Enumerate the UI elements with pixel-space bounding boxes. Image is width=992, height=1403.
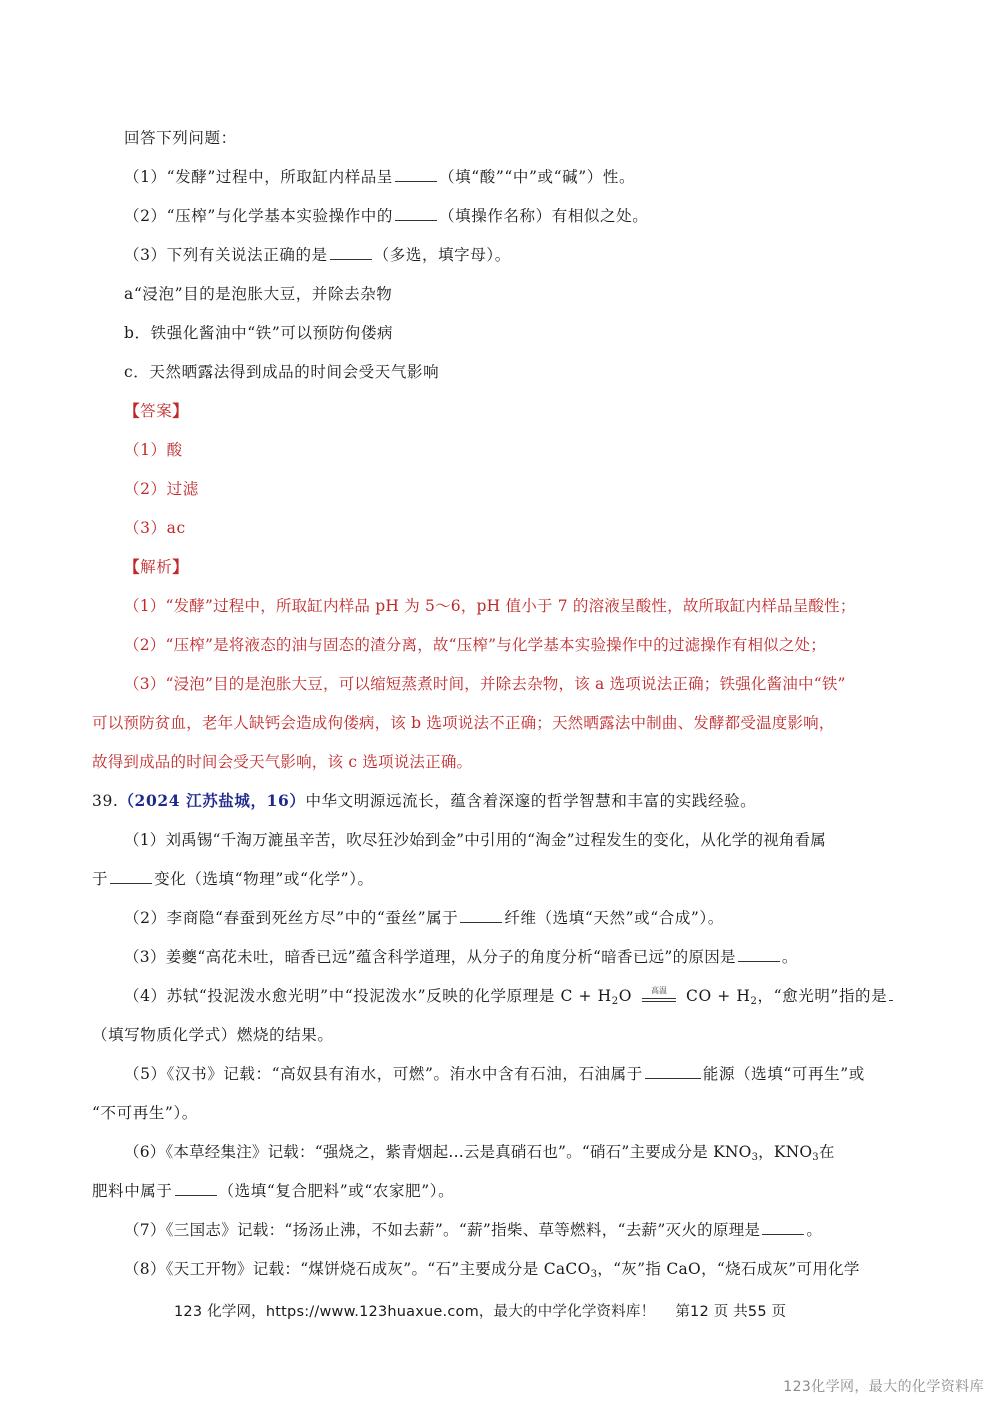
q39-6-line2-post: （选填“复合肥料”或“农家肥”）。 (219, 1182, 455, 1200)
footer-site: 123 化学网，https://www.123huaxue.com，最大的中学化… (174, 1304, 655, 1320)
answer-blank (889, 986, 893, 1001)
sub-question-2: （2）“压榨”与化学基本实验操作中的（填操作名称）有相似之处。 (124, 206, 648, 226)
answer-heading: 【答案】 (124, 401, 188, 421)
analysis-heading: 【解析】 (124, 557, 188, 577)
q39-2-post: 纤维（选填“天然”或“合成”）。 (504, 909, 724, 927)
q39-7: （7）《三国志》记载：“扬汤止沸，不如去薪”。“薪”指柴、草等燃料，“去薪”灭火… (124, 1220, 822, 1240)
analysis-1: （1）“发酵”过程中，所取缸内样品 pH 为 5～6，pH 值小于 7 的溶液呈… (124, 596, 856, 616)
subscript: 2 (612, 996, 619, 1007)
q39-4-line1: （4）苏轼“投泥泼水愈光明”中“投泥泼水”反映的化学原理是 C + H2O高温C… (124, 986, 895, 1007)
q39-2-pre: （2）李商隐“春蚕到死丝方尽”中的“蚕丝”属于 (124, 909, 458, 927)
analysis-3c: 故得到成品的时间会受天气影响，该 c 选项说法正确。 (92, 752, 472, 772)
answer-blank (395, 206, 437, 221)
subscript: 2 (751, 996, 758, 1007)
q39-6-mid: ，KNO (758, 1143, 812, 1161)
q39-5-post: 能源（选填“可再生”或 (703, 1065, 865, 1083)
reactants-tail: O (619, 987, 632, 1005)
q39-7-post: 。 (806, 1221, 822, 1239)
q39-5-pre: （5）《汉书》记载：“高奴县有洧水，可燃”。洧水中含有石油，石油属于 (124, 1065, 643, 1083)
q39-8-post: ，“灰”指 CaO，“烧石成灰”可用化学 (597, 1260, 859, 1278)
question-number: 39. (92, 792, 118, 810)
reactants: C + H (561, 987, 612, 1005)
q39-1-line2: 于变化（选填“物理”或“化学”）。 (92, 869, 374, 889)
answer-blank (330, 245, 372, 260)
answer-blank (395, 167, 437, 182)
sub-question-2-post: （填操作名称）有相似之处。 (439, 207, 648, 225)
sub-question-1-post: （填“酸”“中”或“碱”）性。 (439, 168, 635, 186)
q39-8-pre: （8）《天工开物》记载：“煤饼烧石成灰”。“石”主要成分是 CaCO (124, 1260, 591, 1278)
prompt-text: 回答下列问题： (124, 128, 237, 148)
answer-2: （2）过滤 (124, 479, 199, 499)
q39-5-line1: （5）《汉书》记载：“高奴县有洧水，可燃”。洧水中含有石油，石油属于能源（选填“… (124, 1064, 865, 1084)
q39-1-post: 变化（选填“物理”或“化学”）。 (154, 870, 374, 888)
bracket-open: 【 (124, 401, 140, 420)
condition-label: 高温 (642, 986, 676, 996)
answer-blank (460, 908, 502, 923)
q39-1-line1: （1）刘禹锡“千淘万漉虽辛苦，吹尽狂沙始到金”中引用的“淘金”过程发生的变化，从… (124, 830, 826, 850)
page-footer: 123 化学网，https://www.123huaxue.com，最大的中学化… (174, 1300, 786, 1321)
question-source: （2024 江苏盐城，16） (118, 791, 305, 810)
answer-1: （1）酸 (124, 440, 183, 460)
q39-4-pre: （4）苏轼“投泥泼水愈光明”中“投泥泼水”反映的化学原理是 (124, 987, 561, 1005)
q39-3-post: 。 (782, 948, 798, 966)
sub-question-1: （1）“发酵”过程中，所取缸内样品呈（填“酸”“中”或“碱”）性。 (124, 167, 635, 187)
q39-7-pre: （7）《三国志》记载：“扬汤止沸，不如去薪”。“薪”指柴、草等燃料，“去薪”灭火… (124, 1221, 760, 1239)
analysis-heading-label: 解析 (140, 558, 172, 576)
question-stem: 中华文明源远流长，蕴含着深邃的哲学智慧和丰富的实践经验。 (305, 792, 756, 810)
sub-question-3-post: （多选，填字母）。 (374, 246, 511, 264)
page-number: 第12 页 共55 页 (675, 1304, 786, 1320)
products: CO + H (686, 987, 751, 1005)
q39-6-line1: （6）《本草经集注》记载：“强烧之，紫青烟起...云是真硝石也”。“硝石”主要成… (124, 1142, 835, 1162)
answer-3: （3）ac (124, 518, 186, 538)
q39-8: （8）《天工开物》记载：“煤饼烧石成灰”。“石”主要成分是 CaCO3，“灰”指… (124, 1259, 860, 1279)
watermark: 123化学网，最大的化学资料库 (783, 1376, 984, 1396)
sub-question-1-pre: （1）“发酵”过程中，所取缸内样品呈 (124, 168, 393, 186)
bracket-close: 】 (172, 401, 188, 420)
bracket-close: 】 (172, 557, 188, 576)
option-c: c．天然晒露法得到成品的时间会受天气影响 (124, 362, 439, 382)
option-b: b．铁强化酱油中“铁”可以预防佝偻病 (124, 323, 393, 343)
analysis-3b: 可以预防贫血，老年人缺钙会造成佝偻病，该 b 选项说法不正确；天然晒露法中制曲、… (92, 713, 835, 733)
q39-1-pre: 于 (92, 870, 108, 888)
q39-3-pre: （3）姜夔“高花未吐，暗香已远”蕴含科学道理，从分子的角度分析“暗香已远”的原因… (124, 948, 736, 966)
q39-6-line2-pre: 肥料中属于 (92, 1182, 173, 1200)
question-39-header: 39.（2024 江苏盐城，16）中华文明源远流长，蕴含着深邃的哲学智慧和丰富的… (92, 791, 756, 811)
analysis-2: （2）“压榨”是将液态的油与固态的渣分离，故“压榨”与化学基本实验操作中的过滤操… (124, 635, 826, 655)
analysis-3a: （3）“浸泡”目的是泡胀大豆，可以缩短蒸煮时间，并除去杂物，该 a 选项说法正确… (124, 674, 846, 694)
option-a: a“浸泡”目的是泡胀大豆，并除去杂物 (124, 284, 392, 304)
q39-2: （2）李商隐“春蚕到死丝方尽”中的“蚕丝”属于纤维（选填“天然”或“合成”）。 (124, 908, 724, 928)
q39-5-line2: “不可再生”）。 (92, 1103, 198, 1123)
sub-question-3-pre: （3）下列有关说法正确的是 (124, 246, 328, 264)
q39-4-post: ，“愈光明”指的是 (758, 987, 888, 1005)
answer-blank (175, 1181, 217, 1196)
q39-6-line2: 肥料中属于（选填“复合肥料”或“农家肥”）。 (92, 1181, 454, 1201)
q39-4-line2: （填写物质化学式）燃烧的结果。 (92, 1025, 334, 1045)
reaction-condition: 高温 (642, 987, 676, 1007)
q39-3: （3）姜夔“高花未吐，暗香已远”蕴含科学道理，从分子的角度分析“暗香已远”的原因… (124, 947, 798, 967)
q39-6-pre: （6）《本草经集注》记载：“强烧之，紫青烟起...云是真硝石也”。“硝石”主要成… (124, 1143, 752, 1161)
answer-blank (762, 1220, 804, 1235)
sub-question-3: （3）下列有关说法正确的是（多选，填字母）。 (124, 245, 511, 265)
answer-blank (110, 869, 152, 884)
answer-blank (645, 1064, 701, 1079)
equation: C + H2O高温CO + H2 (561, 987, 758, 1005)
answer-heading-label: 答案 (140, 402, 172, 420)
q39-6-post: 在 (819, 1143, 835, 1161)
answer-blank (738, 947, 780, 962)
bracket-open: 【 (124, 557, 140, 576)
sub-question-2-pre: （2）“压榨”与化学基本实验操作中的 (124, 207, 393, 225)
